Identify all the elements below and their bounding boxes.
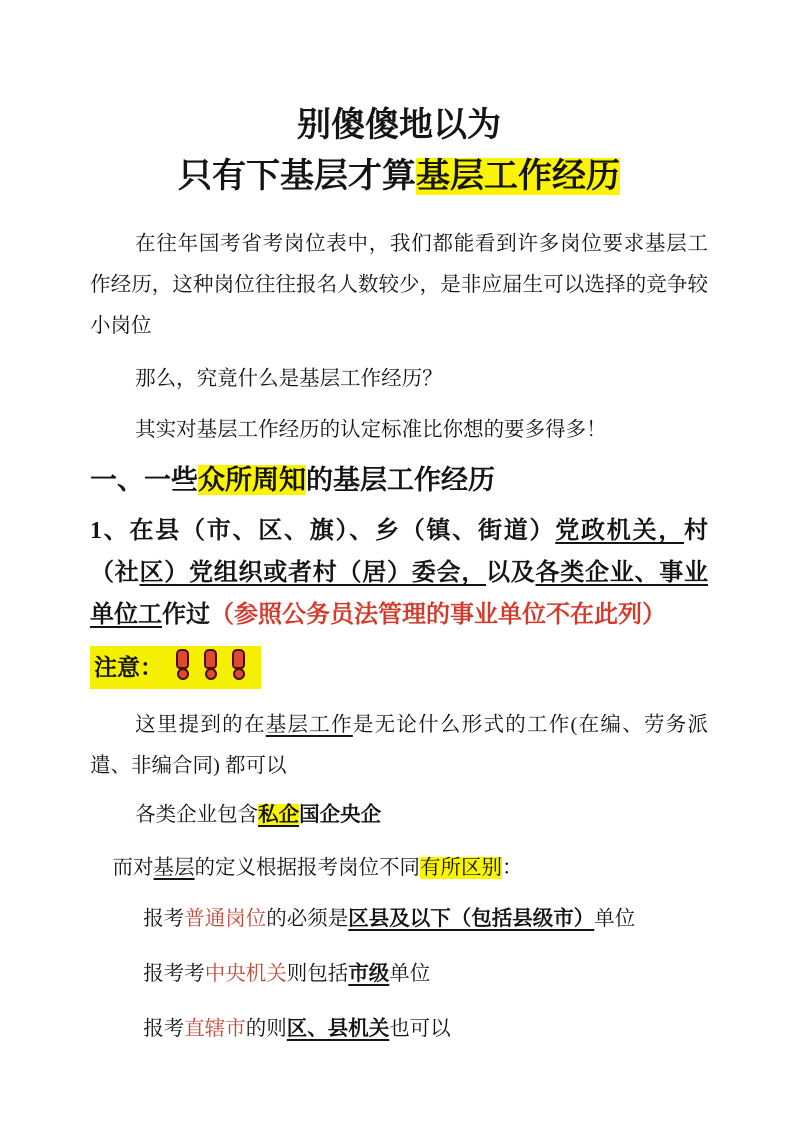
heading-highlight: 众所周知 [198,465,306,495]
item1-tail: 作过 [162,602,210,628]
para6-underline: 基层 [154,857,195,879]
title-line-2-plain: 只有下基层才算 [178,158,416,195]
paragraph-intro: 在往年国考省考岗位表中，我们都能看到许多岗位要求基层工作经历，这种岗位往往报名人… [90,224,708,347]
paragraph-enterprise-types: 各类企业包含私企国企央企 [90,795,708,836]
section-heading-1: 一、一些众所周知的基层工作经历 [90,459,708,502]
document-page: 别傻傻地以为 只有下基层才算基层工作经历 在往年国考省考岗位表中，我们都能看到许… [0,0,800,1050]
list-item-1: 1、在县（市、区、旗）、乡（镇、街道）党政机关，村（社区）党组织或者村（居）委会… [90,510,708,636]
item1-mid-2: 以及 [486,560,536,586]
para8-bold-underline: 市级 [348,963,389,985]
paragraph-ordinary-post: 报考普通岗位的必须是区县及以下（包括县级市）单位 [90,899,708,940]
para5-bold: 国企央企 [299,804,381,826]
para5-highlight-underline: 私企 [258,804,299,826]
para8-seg5: 单位 [389,963,430,985]
paragraph-definition-differs: 而对基层的定义根据报考岗位不同有所区别： [90,848,708,889]
para4-underline: 基层工作 [266,714,353,736]
para6-seg1: 而对 [113,857,154,879]
exclamation-icon [202,649,219,680]
para4-seg1: 这里提到的在 [135,714,266,736]
paragraph-any-form-work: 这里提到的在基层工作是无论什么形式的工作(在编、劳务派遣、非编合同) 都可以 [90,705,708,787]
paragraph-question: 那么，究竟什么是基层工作经历？ [90,359,708,400]
attention-banner: 注意： [90,646,261,689]
heading-post: 的基层工作经历 [306,465,495,495]
para6-seg3: 的定义根据报考岗位不同 [195,857,421,879]
heading-pre: 一、一些 [90,465,198,495]
para8-seg1: 报考考 [143,963,205,985]
para5-seg1: 各类企业包含 [135,804,258,826]
exclamation-icon [174,649,191,680]
exclamation-icon [230,649,247,680]
paragraph-answer: 其实对基层工作经历的认定标准比你想的要多得多！ [90,410,708,451]
para9-seg5: 也可以 [389,1018,451,1040]
paragraph-municipality: 报考直辖市的则区、县机关也可以 [90,1009,708,1050]
paragraph-intro-text: 在往年国考省考岗位表中，我们都能看到许多岗位要求基层工作经历，这种岗位往往报名人… [90,233,708,337]
para8-red-keyword: 中央机关 [205,963,287,985]
para7-red-keyword: 普通岗位 [184,908,266,930]
para9-seg1: 报考 [143,1018,184,1040]
para6-highlight: 有所区别 [420,857,502,879]
item1-red-parenthetical: （参照公务员法管理的事业单位不在此列） [210,602,666,628]
para9-red-keyword: 直辖市 [184,1018,246,1040]
paragraph-question-text: 那么，究竟什么是基层工作经历？ [135,368,443,390]
para8-seg3: 则包括 [287,963,349,985]
paragraph-answer-text: 其实对基层工作经历的认定标准比你想的要多得多！ [135,419,607,441]
para9-seg3: 的则 [246,1018,287,1040]
item1-underline-1: 党政机关， [555,518,684,544]
title-line-1-text: 别傻傻地以为 [297,107,501,144]
para7-seg3: 的必须是 [266,908,348,930]
para7-bold-underline: 区县及以下（包括县级市） [348,908,594,930]
attention-label: 注意： [94,655,163,680]
para6-colon: ： [502,857,523,879]
para7-seg1: 报考 [143,908,184,930]
title-line-2: 只有下基层才算基层工作经历 [90,151,708,202]
title-line-2-highlight: 基层工作经历 [416,158,620,195]
title-line-1: 别傻傻地以为 [90,100,708,151]
item1-underline-2: 区）党组织或者村（居）委会， [140,560,487,586]
para9-bold-underline: 区、县机关 [287,1018,390,1040]
para7-seg5: 单位 [594,908,635,930]
item1-lead: 1、在县（市、区、旗）、乡（镇、街道） [90,518,555,544]
paragraph-central-organ: 报考考中央机关则包括市级单位 [90,954,708,995]
